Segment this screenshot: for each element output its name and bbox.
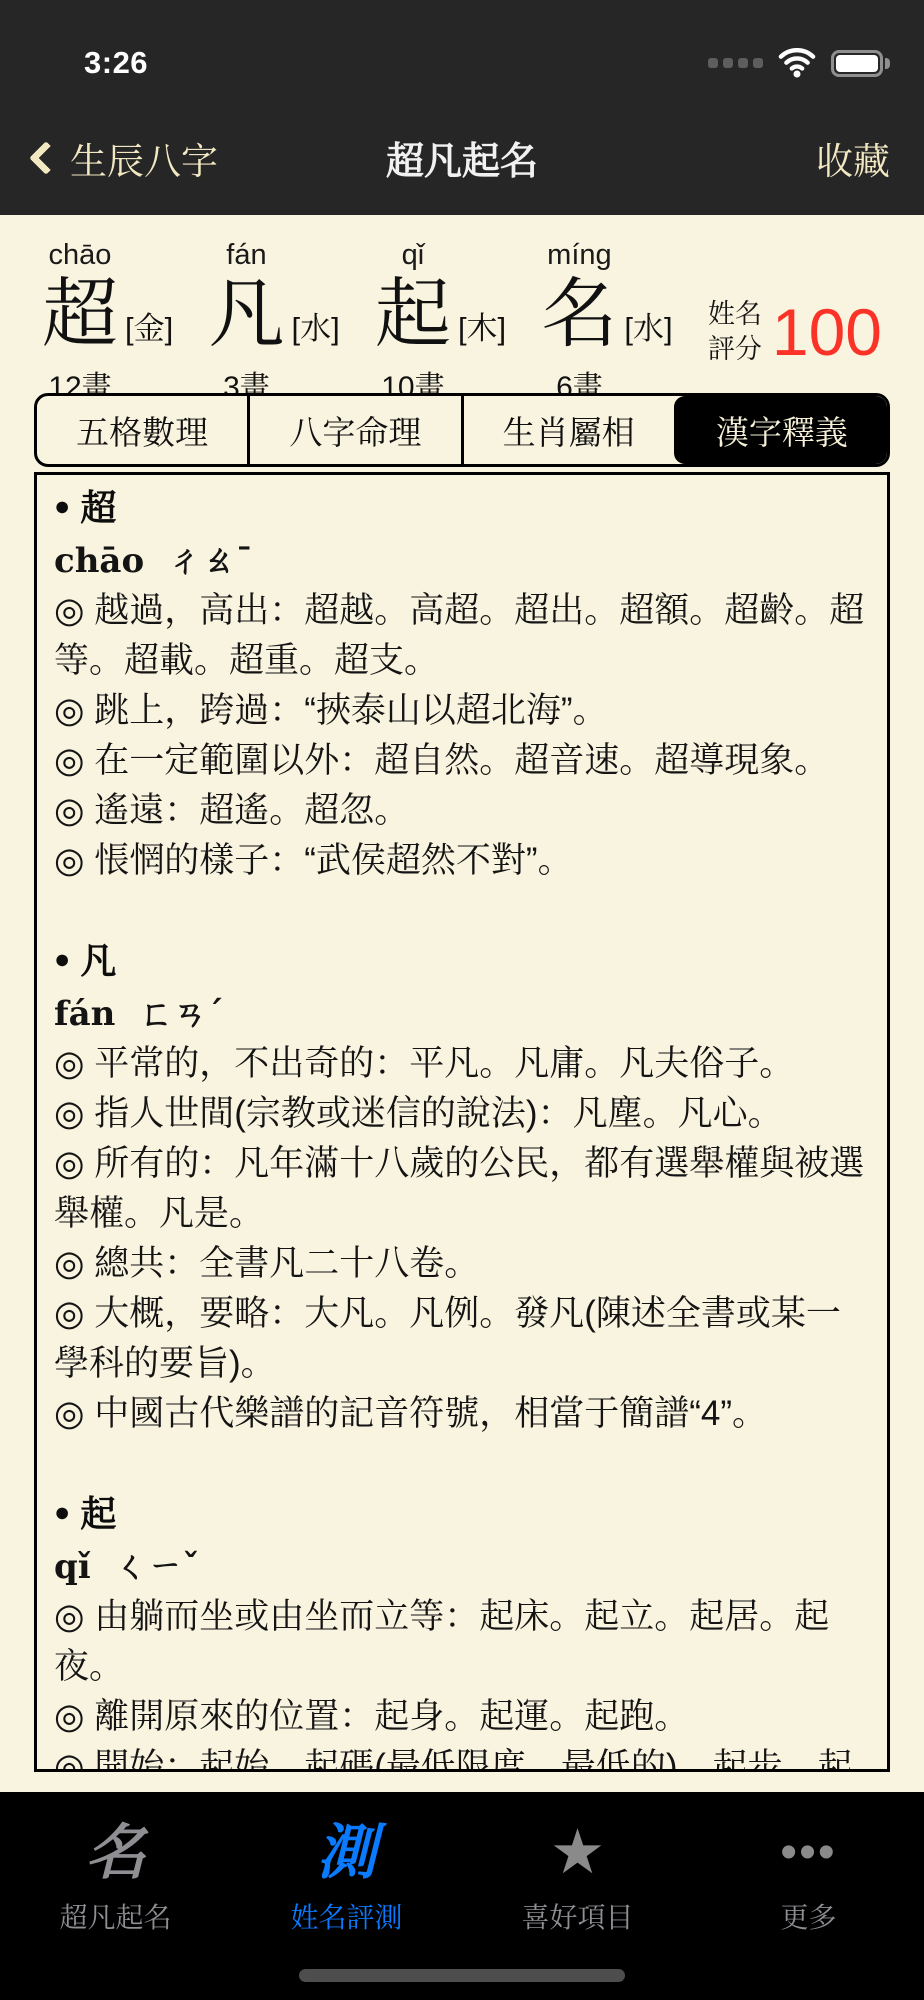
definition: ◎ 越過，高出：超越。高超。超出。超額。超齡。超等。超載。超重。超支。 [54, 586, 870, 686]
hanzi-char: 凡 [208, 275, 284, 355]
element-tag: [金] [125, 303, 173, 348]
tab-bazi-mingli[interactable]: 八字命理 [247, 396, 460, 464]
hanzi-char: 起 [375, 275, 451, 355]
status-bar: 3:26 [0, 0, 924, 100]
analysis-tabs: 五格數理 八字命理 生肖屬相 漢字釋義 [34, 393, 890, 467]
pinyin-label: qǐ [402, 239, 425, 272]
name-char-card: qǐ 起 10畫 [木] [375, 239, 506, 406]
chevron-left-icon [29, 141, 63, 175]
main-content: chāo 超 12畫 [金] fán 凡 3畫 [水] qǐ 起 10畫 [0, 215, 924, 1792]
dict-entry-qi: ●起 qǐ ㄑㄧˇ ◎ 由躺而坐或由坐而立等：起床。起立。起居。起夜。 ◎ 離開… [54, 1489, 870, 1772]
definition: ◎ 開始：起始。起碼(最低限度，最低的)。起步。起初。起訖。起源。 [54, 1742, 870, 1772]
hanzi-char: 名 [541, 275, 617, 355]
entry-phonetic: fán ㄈㄢˊ [54, 989, 870, 1039]
pinyin-label: fán [226, 239, 266, 272]
element-tag: [木] [458, 303, 506, 348]
definition: ◎ 指人世間(宗教或迷信的說法)：凡塵。凡心。 [54, 1089, 870, 1139]
definition: ◎ 遙遠：超遙。超忽。 [54, 786, 870, 836]
definition: ◎ 跳上，跨過：“挾泰山以超北海”。 [54, 686, 870, 736]
cellular-signal-icon [708, 58, 763, 68]
favorite-button[interactable]: 收藏 [816, 131, 890, 185]
name-char-card: chāo 超 12畫 [金] [42, 239, 173, 406]
bottomtab-label: 更多 [780, 1896, 836, 1936]
tab-shengxiao-shuxiang[interactable]: 生肖屬相 [461, 396, 674, 464]
tab-hanzi-shiyi[interactable]: 漢字釋義 [674, 396, 887, 464]
bottom-tab-bar: 名 超凡起名 測 姓名評測 ★ 喜好項目 ••• 更多 [0, 1792, 924, 2000]
definition: ◎ 離開原來的位置：起身。起運。起跑。 [54, 1692, 870, 1742]
entry-heading: ●凡 [54, 936, 870, 989]
entry-heading: ●起 [54, 1489, 870, 1542]
bottomtab-more[interactable]: ••• 更多 [693, 1812, 924, 2000]
star-icon: ★ [550, 1812, 606, 1894]
dictionary-panel[interactable]: ●超 chāo ㄔㄠˉ ◎ 越過，高出：超越。高超。超出。超額。超齡。超等。超載… [34, 472, 890, 1772]
page-title: 超凡起名 [386, 130, 538, 185]
name-char-card: fán 凡 3畫 [水] [208, 239, 339, 406]
element-tag: [水] [291, 303, 339, 348]
definition: ◎ 在一定範圍以外：超自然。超音速。超導現象。 [54, 736, 870, 786]
pinyin-label: míng [547, 239, 611, 272]
bottomtab-label: 姓名評測 [290, 1896, 402, 1936]
definition: ◎ 大概，要略：大凡。凡例。發凡(陳述全書或某一學科的要旨)。 [54, 1289, 870, 1389]
ce-calligraphy-icon: 測 [317, 1812, 377, 1894]
definition: ◎ 平常的，不出奇的：平凡。凡庸。凡夫俗子。 [54, 1039, 870, 1089]
tab-wuge-shuli[interactable]: 五格數理 [37, 396, 247, 464]
entry-phonetic: qǐ ㄑㄧˇ [54, 1542, 870, 1592]
back-button[interactable]: 生辰八字 [34, 131, 218, 185]
definition: ◎ 總共：全書凡二十八卷。 [54, 1239, 870, 1289]
element-tag: [水] [624, 303, 672, 348]
definition: ◎ 由躺而坐或由坐而立等：起床。起立。起居。起夜。 [54, 1592, 870, 1692]
entry-phonetic: chāo ㄔㄠˉ [54, 536, 870, 586]
definition: ◎ 悵惘的樣子：“武侯超然不對”。 [54, 836, 870, 886]
home-indicator[interactable] [299, 1969, 625, 1982]
status-time: 3:26 [84, 45, 148, 81]
score-label: 姓名 評分 [708, 297, 762, 367]
entry-hanzi: 超 [80, 487, 116, 528]
bottomtab-naming[interactable]: 名 超凡起名 [0, 1812, 231, 2000]
bottomtab-label: 超凡起名 [59, 1896, 171, 1936]
dict-entry-chao: ●超 chāo ㄔㄠˉ ◎ 越過，高出：超越。高超。超出。超額。超齡。超等。超載… [54, 483, 870, 886]
name-score: 姓名 評分 100 [708, 297, 882, 367]
hanzi-char: 超 [42, 275, 118, 355]
bottomtab-label: 喜好項目 [521, 1896, 633, 1936]
navigation-bar: 生辰八字 超凡起名 收藏 [0, 100, 924, 215]
entry-hanzi: 起 [80, 1493, 116, 1534]
bullet-icon: ● [54, 491, 70, 521]
pinyin-label: chāo [49, 239, 112, 272]
name-char-card: míng 名 6畫 [水] [541, 239, 672, 406]
battery-icon [831, 50, 890, 77]
definition: ◎ 所有的：凡年滿十八歲的公民，都有選舉權與被選舉權。凡是。 [54, 1139, 870, 1239]
back-button-label: 生辰八字 [70, 131, 218, 185]
ming-calligraphy-icon: 名 [86, 1812, 146, 1894]
definition: ◎ 中國古代樂譜的記音符號，相當于簡譜“4”。 [54, 1389, 870, 1439]
score-value: 100 [772, 299, 882, 365]
entry-heading: ●超 [54, 483, 870, 536]
entry-hanzi: 凡 [80, 940, 116, 981]
app-screen: 3:26 生辰八字 超凡起名 收藏 [0, 0, 924, 2000]
wifi-icon [777, 48, 817, 78]
ellipsis-icon: ••• [780, 1812, 836, 1894]
bullet-icon: ● [54, 944, 70, 974]
name-summary: chāo 超 12畫 [金] fán 凡 3畫 [水] qǐ 起 10畫 [34, 215, 890, 393]
bullet-icon: ● [54, 1497, 70, 1527]
dict-entry-fan: ●凡 fán ㄈㄢˊ ◎ 平常的，不出奇的：平凡。凡庸。凡夫俗子。 ◎ 指人世間… [54, 936, 870, 1439]
status-icons [708, 48, 890, 78]
